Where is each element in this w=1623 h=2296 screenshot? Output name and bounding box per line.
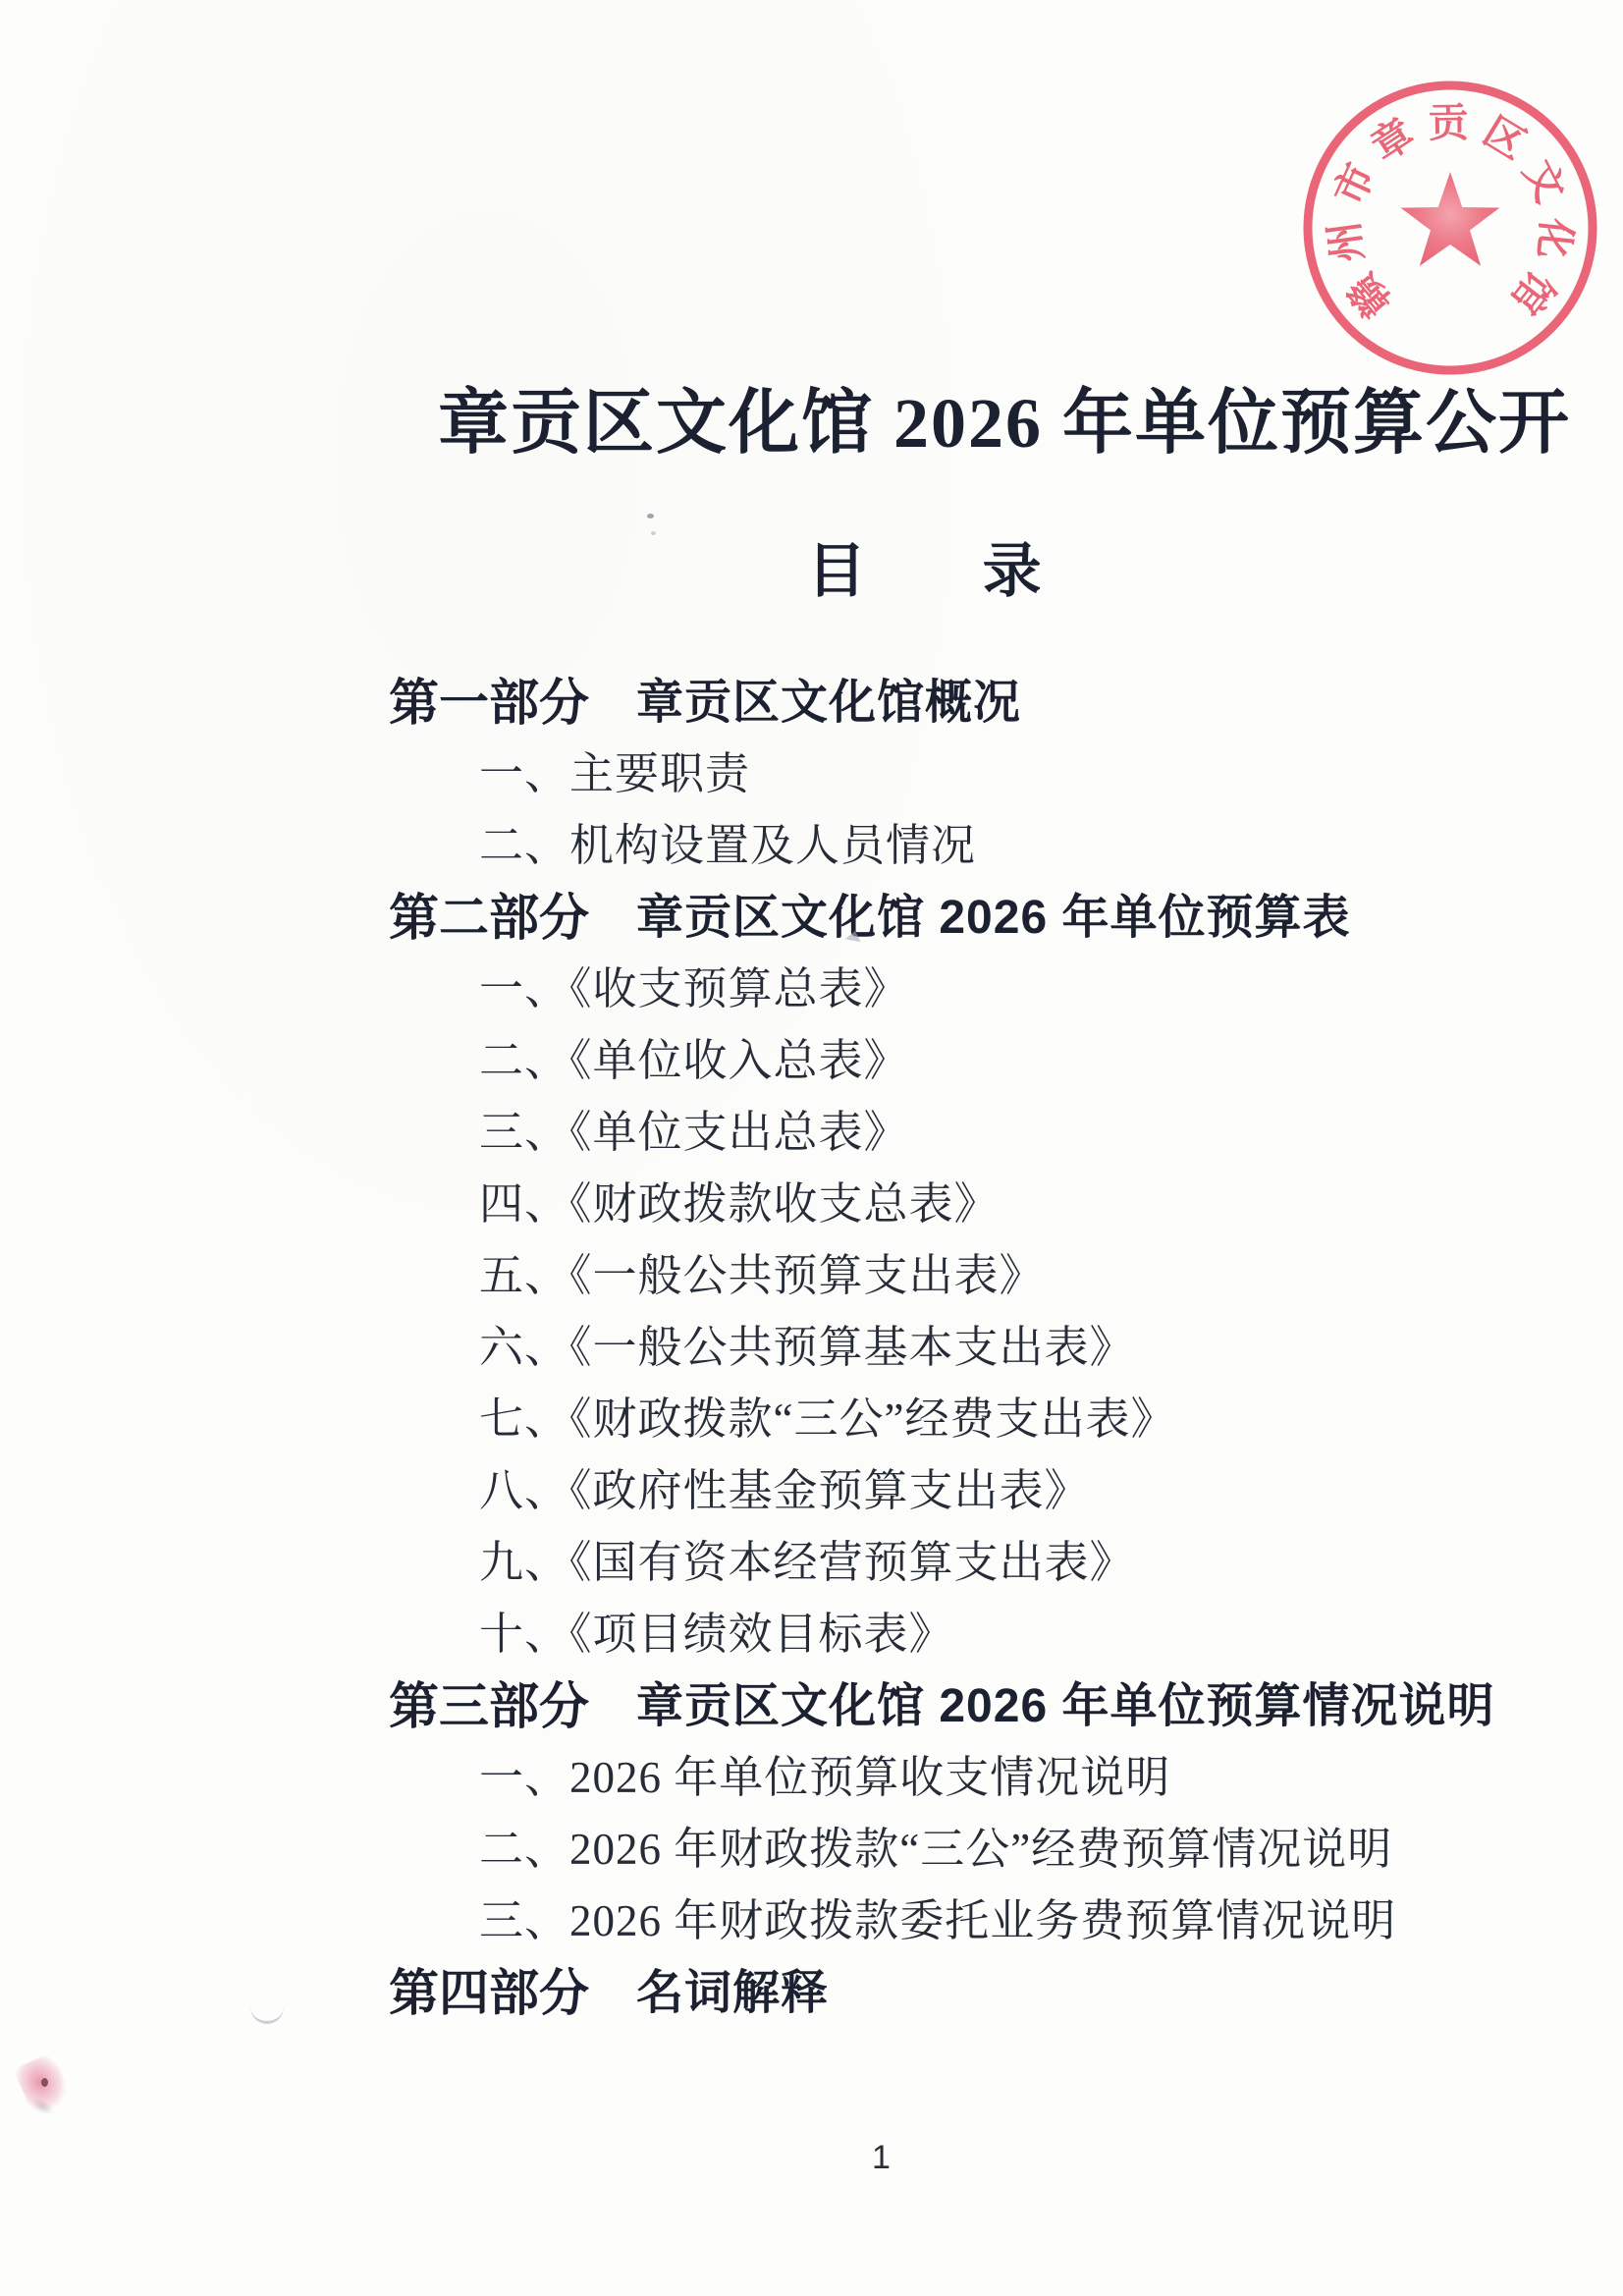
toc-item: 九、《国有资本经营预算支出表》 [0,1522,1623,1594]
toc-part-heading: 第三部分章贡区文化馆 2026 年单位预算情况说明 [0,1666,1623,1737]
toc-part-label: 第四部分 [389,1952,589,2025]
toc-item: 六、《一般公共预算基本支出表》 [0,1307,1623,1379]
toc-part-label: 第三部分 [389,1666,589,1738]
ink-smudge [27,2094,57,2118]
toc-item: 二、《单位收入总表》 [0,1020,1623,1092]
scanned-document-page: 赣州市章贡区文化馆 章贡区文化馆 2026 年单位预算公开 目 录 第一部分章贡… [0,0,1623,2296]
toc-item: 四、《财政拨款收支总表》 [0,1164,1623,1235]
seal-character: 区 [1476,108,1534,168]
toc-part-title: 章贡区文化馆概况 [636,664,1021,732]
seal-character: 赣 [1339,265,1400,325]
star-icon [1401,172,1500,266]
seal-character: 贡 [1428,100,1472,146]
toc-heading-char-2: 录 [983,538,1042,604]
seal-character: 市 [1325,156,1383,211]
toc-part-title: 章贡区文化馆 2026 年单位预算表 [636,879,1350,947]
toc-part-heading: 第一部分章贡区文化馆概况 [0,662,1623,734]
toc-item: 八、《政府性基金预算支出表》 [0,1450,1623,1522]
seal-character: 章 [1364,110,1423,170]
toc-item: 十、《项目绩效目标表》 [0,1594,1623,1666]
toc-part-title: 章贡区文化馆 2026 年单位预算情况说明 [636,1667,1494,1735]
scan-speck [651,531,656,535]
toc-part-label: 第二部分 [389,877,589,950]
toc-heading: 目 录 [807,524,1042,609]
official-seal: 赣州市章贡区文化馆 [1293,71,1607,385]
toc-item: 一、主要职责 [0,734,1623,805]
seal-character: 文 [1515,153,1573,209]
ink-smudge [41,2078,48,2087]
toc-part-heading: 第二部分章贡区文化馆 2026 年单位预算表 [0,877,1623,949]
toc-item: 一、2026 年单位预算收支情况说明 [0,1737,1623,1809]
scan-speck [647,514,654,519]
ink-smudge [13,2051,73,2115]
page-title: 章贡区文化馆 2026 年单位预算公开 [438,365,1571,467]
toc-item: 二、机构设置及人员情况 [0,805,1623,877]
seal-character: 馆 [1503,263,1563,323]
table-of-contents: 第一部分章贡区文化馆概况一、主要职责二、机构设置及人员情况第二部分章贡区文化馆 … [0,662,1623,2024]
toc-part-label: 第一部分 [389,662,589,735]
toc-item: 一、《收支预算总表》 [0,949,1623,1020]
seal-character: 州 [1321,219,1371,265]
page-number: 1 [872,2139,891,2177]
toc-item: 五、《一般公共预算支出表》 [0,1235,1623,1307]
toc-item: 三、《单位支出总表》 [0,1092,1623,1164]
toc-part-title: 名词解释 [636,1954,829,2022]
toc-heading-char-1: 目 [807,538,866,604]
seal-character: 化 [1531,215,1580,260]
toc-item: 二、2026 年财政拨款“三公”经费预算情况说明 [0,1809,1623,1881]
toc-part-heading: 第四部分名词解释 [0,1952,1623,2024]
toc-item: 七、《财政拨款“三公”经费支出表》 [0,1379,1623,1450]
toc-item: 三、2026 年财政拨款委托业务费预算情况说明 [0,1881,1623,1952]
